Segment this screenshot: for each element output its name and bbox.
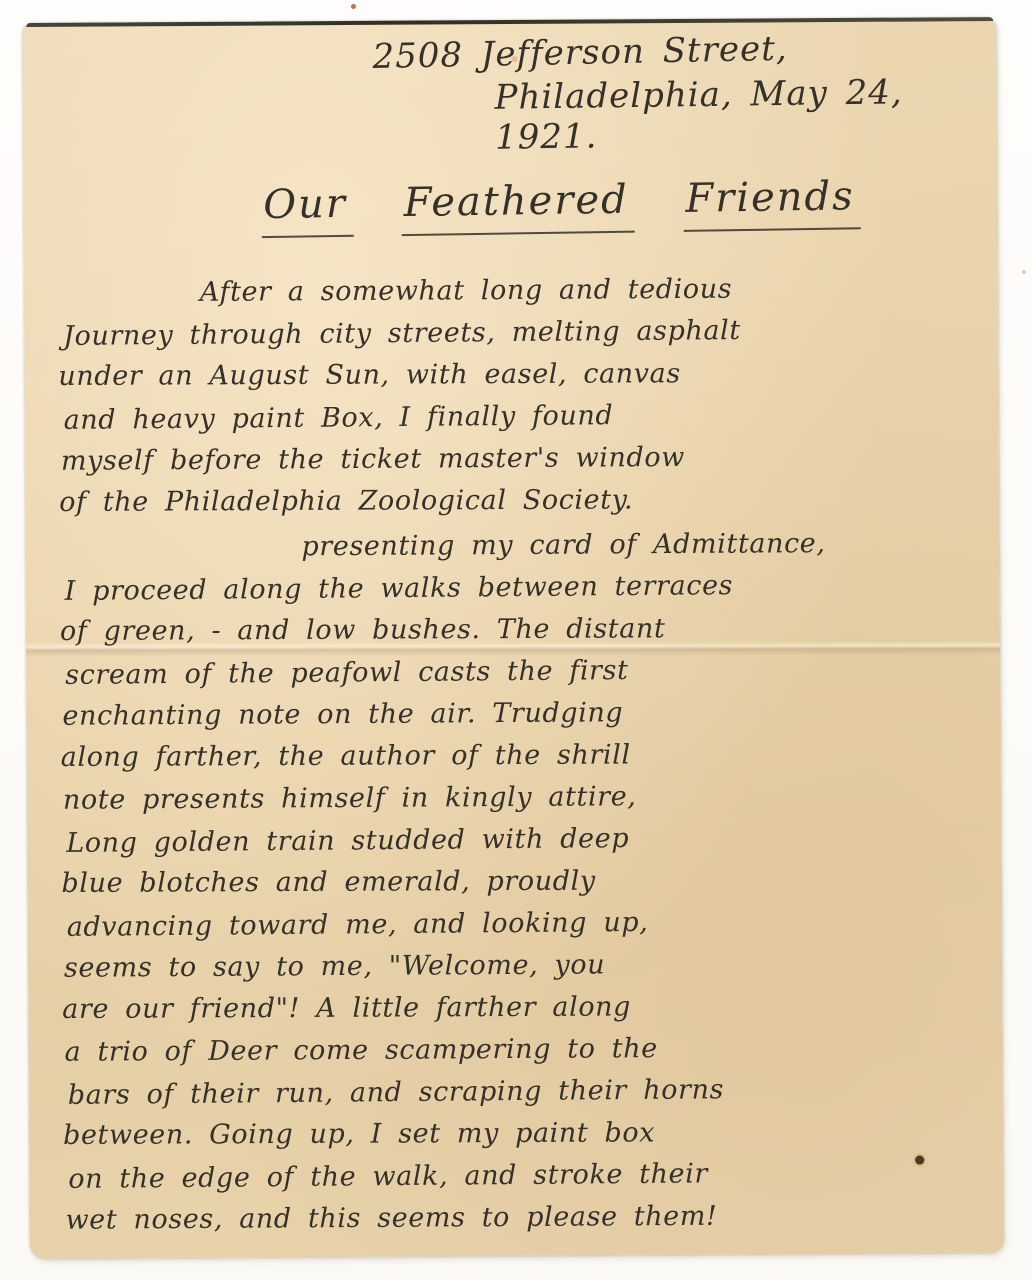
letter-line: blue blotches and emerald, proudly	[61, 859, 973, 905]
letter-line: are our friend"! A little farther along	[62, 985, 974, 1031]
letter-header: 2508 Jefferson Street, Philadelphia, May…	[22, 29, 969, 159]
letter-line: under an August Sun, with easel, canvas	[58, 352, 970, 398]
title-word: Friends	[683, 173, 861, 232]
letter-paragraph-1: After a somewhat long and tedious Journe…	[60, 267, 974, 525]
title-word: Feathered	[401, 177, 635, 236]
paper-speck	[351, 4, 356, 9]
letter-line: along farther, the author of the shrill	[61, 733, 973, 779]
letter-line: seems to say to me, "Welcome, you	[64, 942, 976, 990]
letter-line: After a somewhat long and tedious	[60, 267, 972, 315]
paper-speck	[1022, 270, 1026, 274]
letter-line: scream of the peafowl casts the first	[65, 647, 977, 697]
letter-line: presenting my card of Admittance,	[61, 522, 973, 570]
letter-line: Journey through city streets, melting as…	[63, 308, 975, 358]
letter-line: myself before the ticket master's window	[61, 435, 973, 483]
title-word: Our	[261, 181, 354, 238]
letter-line: Long golden train studded with deep	[66, 815, 978, 865]
letter-line: and heavy paint Box, I finally found	[63, 392, 975, 442]
letter-line: a trio of Deer come scampering to the	[64, 1026, 976, 1074]
city-date-line: Philadelphia, May 24, 1921.	[494, 72, 969, 158]
letter-line: advancing toward me, and looking up,	[67, 899, 979, 949]
letter-page: 2508 Jefferson Street, Philadelphia, May…	[22, 17, 1004, 1259]
letter-line: enchanting note on the air. Trudging	[62, 690, 974, 738]
address-line: 2508 Jefferson Street,	[372, 25, 969, 77]
letter-line: bars of their run, and scraping their ho…	[68, 1067, 980, 1117]
letter-line: note presents himself in kingly attire,	[63, 774, 975, 822]
letter-line: wet noses, and this seems to please them…	[65, 1194, 977, 1242]
letter-paragraph-2: presenting my card of Admittance, I proc…	[61, 522, 977, 1242]
letter-line: I proceed along the walks between terrac…	[65, 563, 977, 613]
letter-line: of the Philadelphia Zoological Society.	[59, 478, 971, 524]
letter-line: on the edge of the walk, and stroke thei…	[68, 1151, 980, 1201]
letter-line: between. Going up, I set my paint box	[63, 1111, 975, 1157]
letter-line: of green, - and low bushes. The distant	[60, 607, 972, 653]
letter-title: Our Feathered Friends	[261, 173, 861, 238]
